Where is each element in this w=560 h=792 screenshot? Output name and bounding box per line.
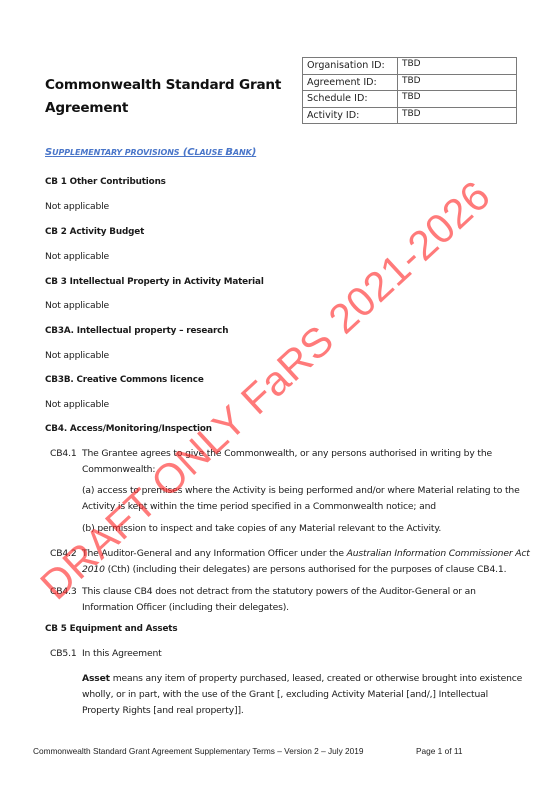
clause-text: The Auditor-General and any Information … [82,548,347,559]
heading-text: (C [179,147,194,158]
heading-text: lause [195,148,226,157]
document-page: Commonwealth Standard Grant Agreement Or… [0,0,560,792]
activity-id-label: Activity ID: [303,107,398,124]
clause-body-cb3b: Not applicable [45,397,109,413]
heading-text: upplementary provisions [52,148,179,157]
clause-text-cb4-3: This clause CB4 does not detract from th… [82,584,530,616]
document-title: Commonwealth Standard Grant Agreement [45,74,295,120]
table-row: Agreement ID: TBD [303,74,517,91]
agreement-id-label: Agreement ID: [303,74,398,91]
clause-number-cb4-3: CB4.3 [50,584,77,600]
clause-body-cb2: Not applicable [45,249,109,265]
schedule-id-value: TBD [398,91,517,108]
definition-asset: Asset means any item of property purchas… [82,671,527,719]
table-row: Organisation ID: TBD [303,58,517,75]
agreement-id-value: TBD [398,74,517,91]
clause-heading-cb1: CB 1 Other Contributions [45,174,166,190]
section-heading-clause-bank[interactable]: Supplementary provisions (Clause Bank) [45,147,256,158]
clause-number-cb4-1: CB4.1 [50,446,77,462]
schedule-id-label: Schedule ID: [303,91,398,108]
clause-body-cb3: Not applicable [45,298,109,314]
clause-text-cb4-1-a: (a) access to premises where the Activit… [82,483,530,515]
clause-text: (Cth) (including their delegates) are pe… [105,564,507,575]
clause-heading-cb5: CB 5 Equipment and Assets [45,621,177,637]
clause-text-cb4-1-b: (b) permission to inspect and take copie… [82,521,532,537]
clause-heading-cb2: CB 2 Activity Budget [45,224,144,240]
clause-heading-cb3: CB 3 Intellectual Property in Activity M… [45,274,264,290]
heading-text: ank [233,148,252,157]
clause-number-cb5-1: CB5.1 [50,646,77,662]
clause-text-cb4-1: The Grantee agrees to give the Commonwea… [82,446,502,478]
footer-page-number: Page 1 of 11 [416,746,462,756]
identifier-table: Organisation ID: TBD Agreement ID: TBD S… [302,57,517,124]
heading-text: ) [252,147,256,158]
defined-term: Asset [82,673,110,684]
clause-heading-cb4: CB4. Access/Monitoring/Inspection [45,421,212,437]
table-row: Schedule ID: TBD [303,91,517,108]
definition-text: means any item of property purchased, le… [82,673,522,716]
clause-number-cb4-2: CB4.2 [50,546,77,562]
clause-text-cb4-2: The Auditor-General and any Information … [82,546,530,578]
heading-initial: B [225,147,233,158]
organisation-id-value: TBD [398,58,517,75]
table-row: Activity ID: TBD [303,107,517,124]
footer-document-info: Commonwealth Standard Grant Agreement Su… [33,746,364,756]
activity-id-value: TBD [398,107,517,124]
clause-heading-cb3a: CB3A. Intellectual property – research [45,323,228,339]
clause-body-cb1: Not applicable [45,199,109,215]
clause-text-cb5-1: In this Agreement [82,646,532,662]
organisation-id-label: Organisation ID: [303,58,398,75]
clause-heading-cb3b: CB3B. Creative Commons licence [45,372,204,388]
clause-body-cb3a: Not applicable [45,348,109,364]
